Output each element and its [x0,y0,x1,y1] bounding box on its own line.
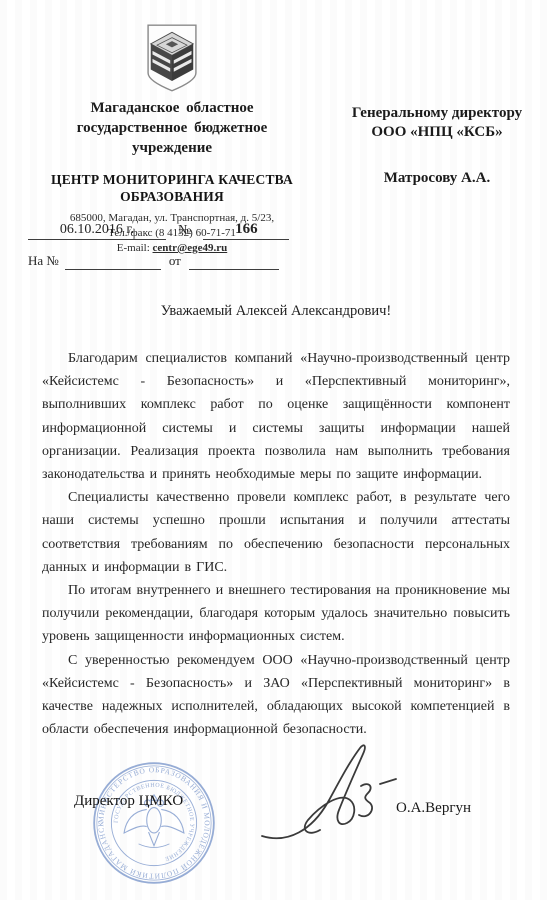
official-stamp: МИНИСТЕРСТВО ОБРАЗОВАНИЯ И МОЛОДЕЖНОЙ ПО… [86,755,222,896]
reply-date-label: от [169,253,181,269]
recipient-title: Генеральному директору [334,104,540,123]
letter-body: Благодарим специалистов компаний «Научно… [42,347,510,741]
center-name-line: ОБРАЗОВАНИЯ [32,188,312,205]
center-name-line: ЦЕНТР МОНИТОРИНГА КАЧЕСТВА [32,171,312,188]
handwritten-signature [260,740,408,857]
reply-number-label: На № [28,253,59,270]
body-paragraph: С уверенностью рекомендуем ООО «Научно-п… [42,649,510,742]
signature-icon [260,740,408,852]
reply-number-blank [65,253,161,270]
recipient-org: ООО «НПЦ «КСБ» [334,123,540,142]
org-name-line: Магаданское областное [32,98,312,118]
org-name-line: учреждение [32,138,312,158]
body-paragraph: По итогам внутреннего и внешнего тестиро… [42,579,510,649]
reply-date-blank [189,253,279,270]
org-name: Магаданское областное государственное бю… [32,98,312,158]
recipient-block: Генеральному директору ООО «НПЦ «КСБ» Ма… [334,104,540,188]
org-name-line: государственное бюджетное [32,118,312,138]
number-sign: № [178,223,191,239]
salutation: Уважаемый Алексей Александрович! [42,303,510,320]
reference-block: 06.10.2016 г. № 166 На № от [28,221,298,270]
org-logo [32,22,312,94]
shield-cube-logo-icon [141,22,203,94]
recipient-name: Матросову А.А. [334,169,540,188]
body-paragraph: Благодарим специалистов компаний «Научно… [42,347,510,486]
date-number-row: 06.10.2016 г. № 166 [28,221,298,240]
center-name: ЦЕНТР МОНИТОРИНГА КАЧЕСТВА ОБРАЗОВАНИЯ [32,171,312,205]
scanned-letter-page: Магаданское областное государственное бю… [0,0,549,900]
letter-date: 06.10.2016 г. [28,222,166,240]
reply-reference-row: На № от [28,253,298,270]
letter-number: 166 [203,221,289,240]
body-paragraph: Специалисты качественно провели комплекс… [42,486,510,579]
signer-position: Директор ЦМКО [74,793,183,810]
round-stamp-icon: МИНИСТЕРСТВО ОБРАЗОВАНИЯ И МОЛОДЕЖНОЙ ПО… [86,755,222,891]
